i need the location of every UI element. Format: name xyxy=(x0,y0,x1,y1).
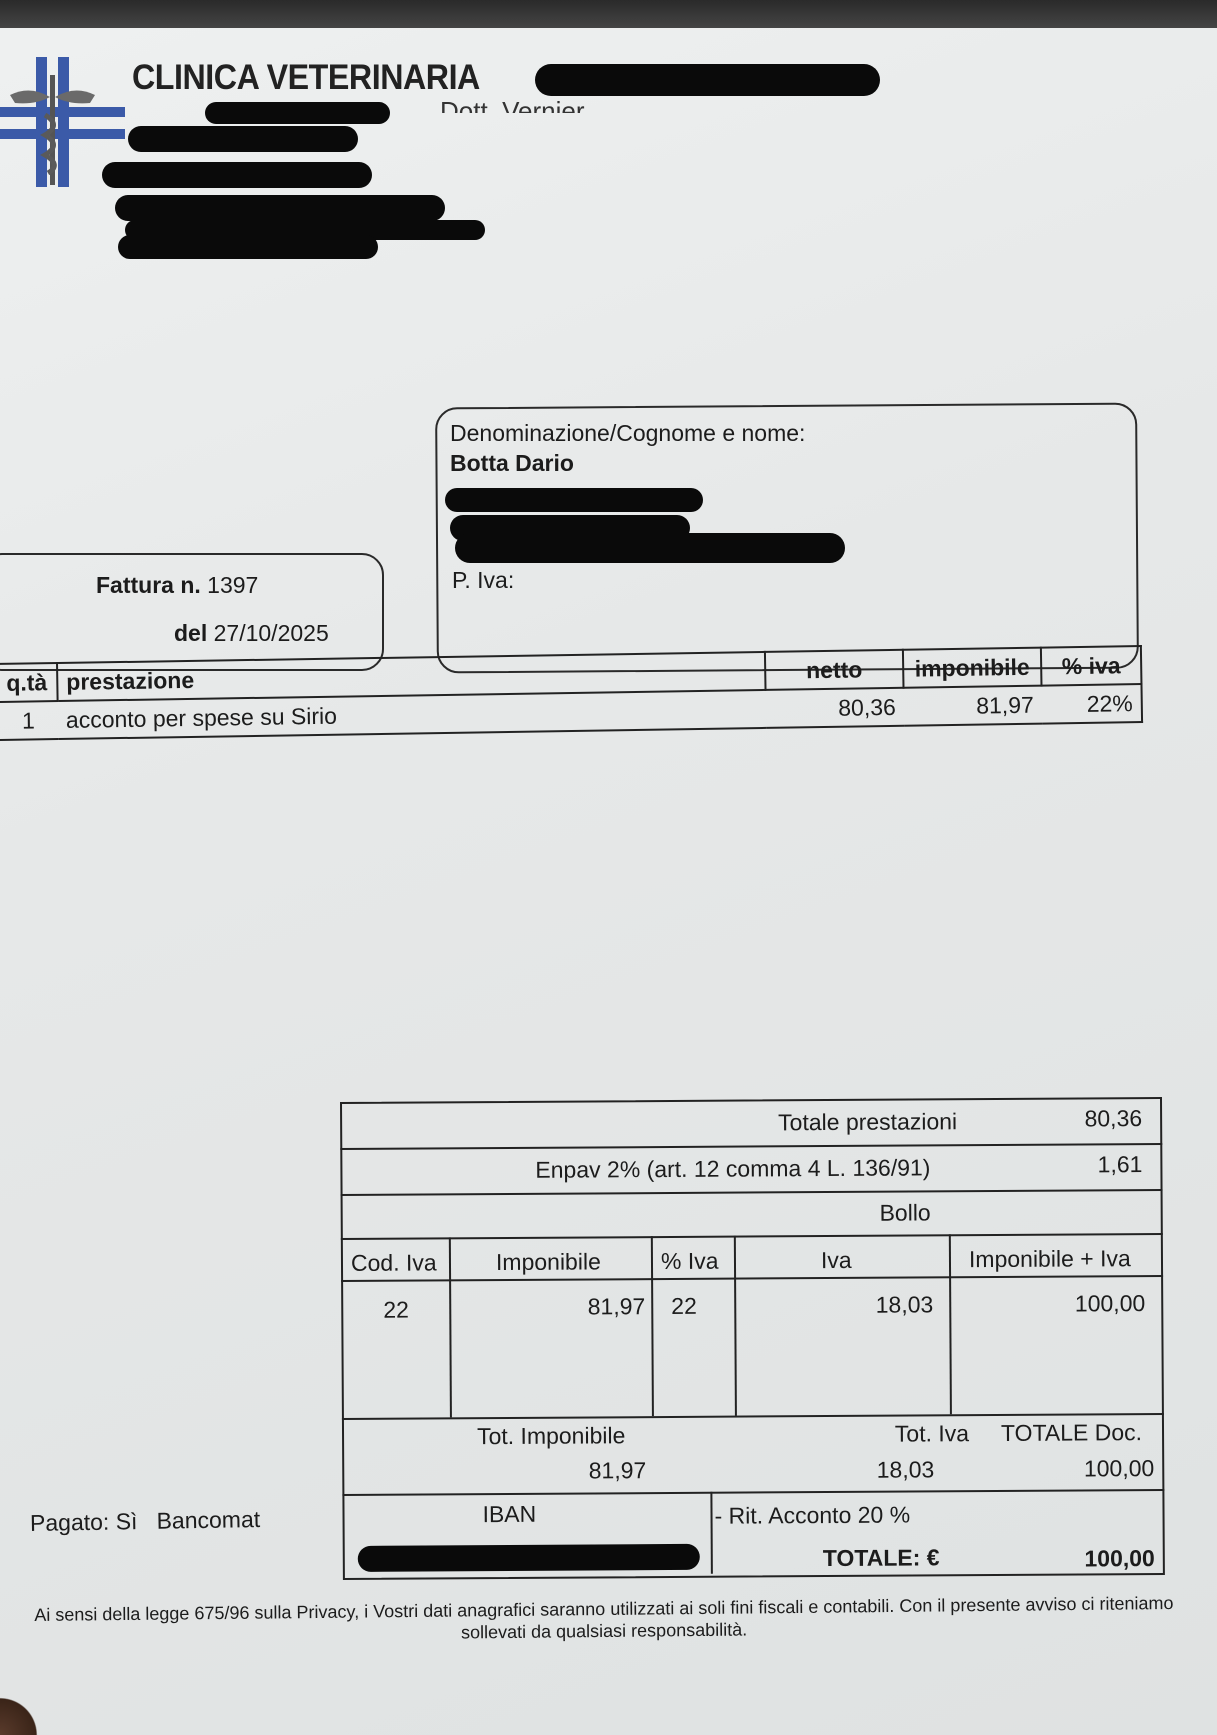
client-label: Denominazione/Cognome e nome: xyxy=(450,420,805,447)
redacted-iban xyxy=(358,1544,700,1572)
vat-header-total: Imponibile + Iva xyxy=(969,1245,1131,1273)
redacted-address xyxy=(205,102,390,124)
vat-header-pct: % Iva xyxy=(661,1248,719,1275)
invoice-date-label: del xyxy=(174,620,207,646)
client-piva-label: P. Iva: xyxy=(452,567,514,594)
enpav-value: 1,61 xyxy=(1098,1151,1143,1178)
payment-status: Pagato: Sì Bancomat xyxy=(30,1506,261,1537)
invoice-number: Fattura n. 1397 xyxy=(96,572,258,599)
redacted-address xyxy=(128,126,358,152)
thumb-edge xyxy=(0,1690,40,1735)
redacted-client-code xyxy=(455,533,845,563)
vat-row-cod: 22 xyxy=(383,1297,409,1324)
row-netto: 80,36 xyxy=(766,688,905,728)
vat-row-pct: 22 xyxy=(671,1293,697,1320)
row-imponibile: 81,97 xyxy=(904,686,1043,726)
redacted-address xyxy=(102,162,372,188)
col-qty: q.tà xyxy=(0,663,58,702)
totale-doc-value: 100,00 xyxy=(1084,1455,1155,1482)
clinic-name: CLINICA VETERINARIA xyxy=(132,58,480,98)
totale-euro-label: TOTALE: € xyxy=(823,1544,940,1572)
row-qty: 1 xyxy=(0,701,58,740)
vat-row-total: 100,00 xyxy=(1075,1290,1146,1317)
vat-header-iva: Iva xyxy=(821,1247,852,1274)
enpav-label: Enpav 2% (art. 12 comma 4 L. 136/91) xyxy=(535,1154,930,1183)
invoice-date-value: 27/10/2025 xyxy=(214,620,329,646)
row-iva-pct: 22% xyxy=(1041,684,1142,724)
totale-prestazioni-label: Totale prestazioni xyxy=(778,1108,957,1136)
col-imponibile: imponibile xyxy=(903,648,1042,688)
vat-row-iva: 18,03 xyxy=(876,1291,934,1318)
redacted-vat xyxy=(118,235,378,259)
tot-iva-label: Tot. Iva xyxy=(895,1420,969,1447)
tot-imponibile-label: Tot. Imponibile xyxy=(477,1422,625,1450)
tot-imponibile-value: 81,97 xyxy=(589,1457,647,1484)
payment-method: Bancomat xyxy=(156,1506,260,1534)
totale-prestazioni-value: 80,36 xyxy=(1084,1105,1142,1132)
tot-iva-value: 18,03 xyxy=(877,1456,935,1483)
iban-label: IBAN xyxy=(482,1501,536,1528)
paid-label: Pagato: Sì xyxy=(30,1508,138,1536)
invoice-number-value: 1397 xyxy=(207,572,258,598)
bollo-label: Bollo xyxy=(879,1199,930,1226)
invoice-box xyxy=(0,553,384,671)
col-netto: netto xyxy=(765,650,904,690)
vat-header-imponibile: Imponibile xyxy=(496,1248,601,1276)
redacted-client-address xyxy=(445,488,703,512)
totale-euro-value: 100,00 xyxy=(1084,1545,1155,1572)
totals-block: Totale prestazioni 80,36 Enpav 2% (art. … xyxy=(340,1097,1165,1580)
invoice-number-label: Fattura n. xyxy=(96,572,201,598)
client-name: Botta Dario xyxy=(450,450,574,477)
totale-doc-label: TOTALE Doc. xyxy=(1001,1419,1142,1447)
ritenuta-label: - Rit. Acconto 20 % xyxy=(714,1502,910,1530)
col-iva-pct: % iva xyxy=(1041,646,1142,686)
invoice-date: del 27/10/2025 xyxy=(174,620,329,647)
redacted-address xyxy=(115,195,445,221)
vat-row-imponibile: 81,97 xyxy=(588,1293,646,1320)
redacted-clinic-suffix xyxy=(535,64,880,96)
vat-header-cod: Cod. Iva xyxy=(351,1249,437,1277)
